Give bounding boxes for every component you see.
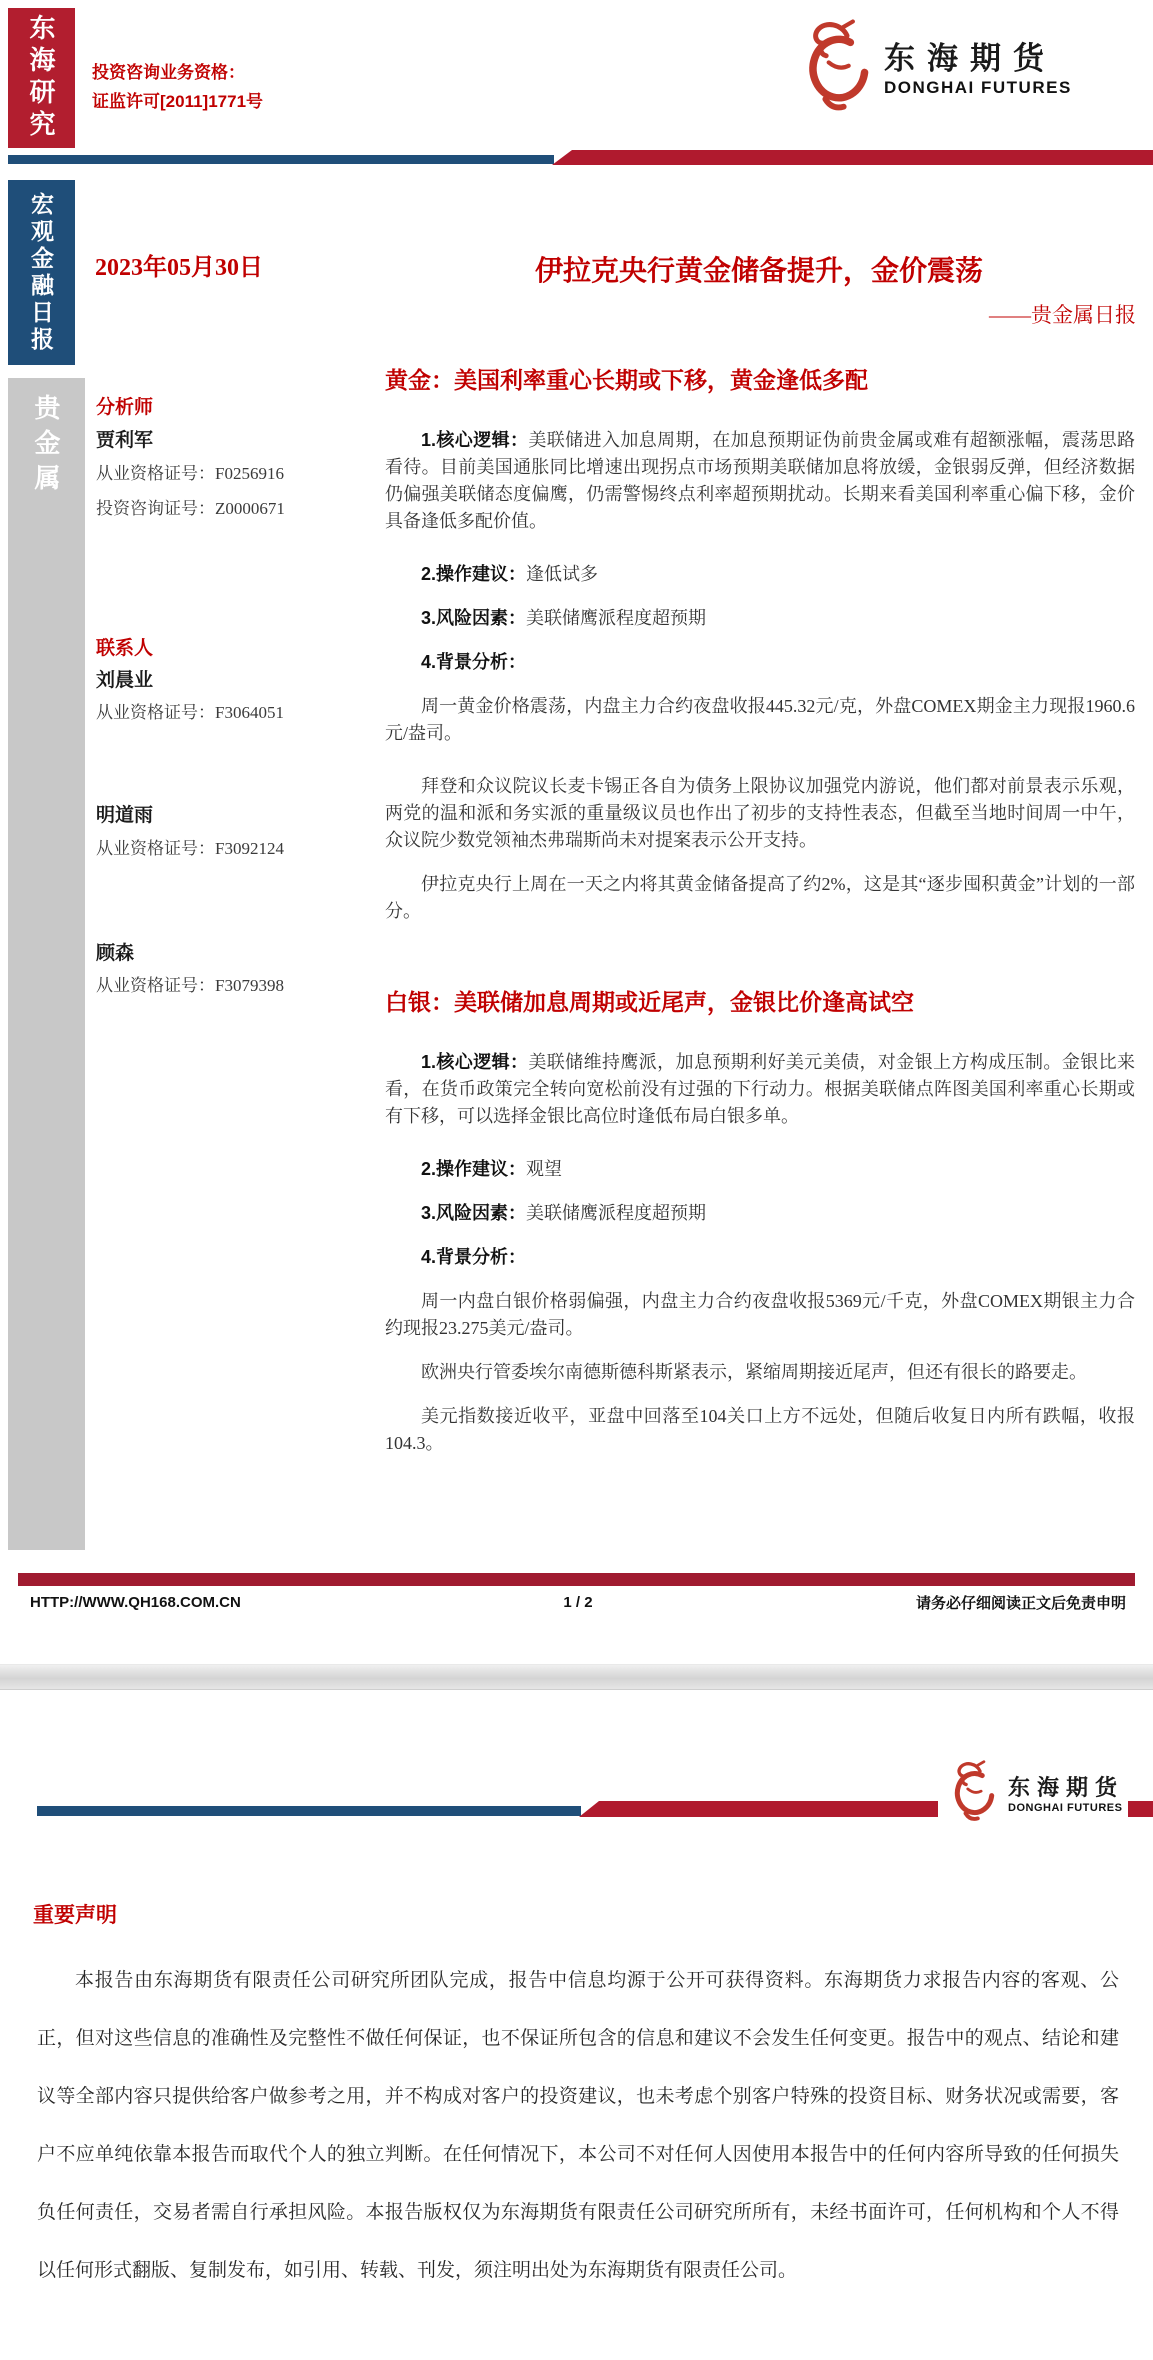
item-lead: 3.风险因素： (421, 608, 526, 628)
header-divider-blue (8, 155, 554, 164)
header-divider-red (552, 150, 1153, 165)
report-subtitle: ——贵金属日报 (380, 299, 1136, 329)
item-text: 美联储鹰派程度超预期 (526, 1203, 706, 1223)
silver-background-label: 4.背景分析： (385, 1244, 1135, 1271)
brand-box-donghai-research: 东海研究 (8, 8, 75, 148)
qualification-block: 投资咨询业务资格： 证监许可[2011]1771号 (92, 58, 263, 116)
logo-english-name: DONGHAI FUTURES (1008, 1802, 1124, 1814)
logo-text: 东海期货 DONGHAI FUTURES (884, 40, 1072, 97)
item-lead: 3.风险因素： (421, 1203, 526, 1223)
section-box-precious-metals: 贵金属 (8, 378, 85, 1550)
footer-disclaimer-notice: 请务必仔细阅读正文后免责申明 (916, 1592, 1126, 1613)
logo-chinese-name: 东海期货 (884, 40, 1072, 79)
silver-section-heading: 白银：美联储加息周期或近尾声，金银比价逢高试空 (385, 988, 1135, 1016)
contact-cert: 从业资格证号：F3092124 (96, 834, 284, 859)
logo-text: 东海期货 DONGHAI FUTURES (1008, 1774, 1124, 1814)
item-lead: 2.操作建议： (421, 1159, 526, 1179)
dragon-logo-icon (942, 1760, 998, 1829)
category-box-macro-finance-daily: 宏观金融日报 (8, 180, 75, 365)
gold-background-para: 拜登和众议院议长麦卡锡正各自为债务上限协议加强党内游说，他们都对前景表示乐观，两… (385, 773, 1135, 854)
qualification-line-1: 投资咨询业务资格： (92, 58, 263, 87)
footer-divider-bar (18, 1573, 1135, 1586)
contact-cert: 从业资格证号：F3079398 (96, 971, 284, 996)
footer-page-number: 1 / 2 (563, 1594, 592, 1611)
contact-name: 明道雨 (96, 800, 153, 827)
important-statement-heading: 重要声明 (33, 1899, 117, 1929)
contacts-label: 联系人 (96, 633, 153, 660)
page2-divider-blue (37, 1806, 581, 1816)
report-date: 2023年05月30日 (95, 247, 263, 282)
item-lead: 4.背景分析： (421, 1247, 526, 1267)
analyst-cert-1: 从业资格证号：F0256916 (96, 459, 284, 484)
gold-core-logic: 1.核心逻辑：美联储进入加息周期，在加息预期证伪前贵金属或难有超额涨幅，震荡思路… (385, 427, 1135, 535)
main-content: 黄金：美国利率重心长期或下移，黄金逢低多配 1.核心逻辑：美联储进入加息周期，在… (385, 366, 1135, 1457)
footer-website-url: HTTP://WWW.QH168.COM.CN (30, 1594, 241, 1611)
logo-english-name: DONGHAI FUTURES (884, 79, 1072, 98)
silver-advice: 2.操作建议：观望 (385, 1156, 1135, 1183)
footer: HTTP://WWW.QH168.COM.CN 1 / 2 请务必仔细阅读正文后… (30, 1592, 1126, 1613)
contact-name: 刘晨业 (96, 665, 153, 692)
report-page: 东海研究 投资咨询业务资格： 证监许可[2011]1771号 东海期货 DONG… (0, 0, 1153, 2360)
company-logo-small: 东海期货 DONGHAI FUTURES (938, 1758, 1128, 1834)
report-title: 伊拉克央行黄金储备提升，金价震荡 (380, 249, 1138, 289)
gold-section-heading: 黄金：美国利率重心长期或下移，黄金逢低多配 (385, 366, 1135, 394)
silver-background-para: 美元指数接近收平，亚盘中回落至104关口上方不远处，但随后收复日内所有跌幅，收报… (385, 1403, 1135, 1457)
silver-background-para: 欧洲央行管委埃尔南德斯德科斯紧表示，紧缩周期接近尾声，但还有很长的路要走。 (385, 1359, 1135, 1386)
page-separator (0, 1664, 1153, 1690)
qualification-line-2: 证监许可[2011]1771号 (92, 87, 263, 116)
gold-background-label: 4.背景分析： (385, 649, 1135, 676)
analyst-cert-2: 投资咨询证号：Z0000671 (96, 494, 285, 519)
item-lead: 2.操作建议： (421, 564, 526, 584)
logo-chinese-name: 东海期货 (1008, 1774, 1124, 1802)
dragon-logo-icon (790, 19, 874, 120)
item-lead: 1.核心逻辑： (421, 430, 528, 450)
company-logo: 东海期货 DONGHAI FUTURES (790, 20, 1072, 118)
contact-name: 顾森 (96, 938, 134, 965)
item-text: 逢低试多 (526, 564, 598, 584)
analyst-name: 贾利军 (96, 425, 153, 452)
contact-cert: 从业资格证号：F3064051 (96, 698, 284, 723)
item-lead: 4.背景分析： (421, 652, 526, 672)
gold-background-para: 周一黄金价格震荡，内盘主力合约夜盘收报445.32元/克，外盘COMEX期金主力… (385, 693, 1135, 747)
item-text: 观望 (526, 1159, 562, 1179)
silver-risk: 3.风险因素：美联储鹰派程度超预期 (385, 1200, 1135, 1227)
gold-background-para: 伊拉克央行上周在一天之内将其黄金储备提高了约2%，这是其“逐步囤积黄金”计划的一… (385, 871, 1135, 925)
item-text: 美联储鹰派程度超预期 (526, 608, 706, 628)
item-lead: 1.核心逻辑： (421, 1052, 528, 1072)
silver-background-para: 周一内盘白银价格弱偏强，内盘主力合约夜盘收报5369元/千克，外盘COMEX期银… (385, 1288, 1135, 1342)
analyst-label: 分析师 (96, 392, 153, 419)
silver-core-logic: 1.核心逻辑：美联储维持鹰派，加息预期利好美元美债，对金银上方构成压制。金银比来… (385, 1049, 1135, 1130)
gold-risk: 3.风险因素：美联储鹰派程度超预期 (385, 605, 1135, 632)
gold-advice: 2.操作建议：逢低试多 (385, 561, 1135, 588)
disclaimer-text: 本报告由东海期货有限责任公司研究所团队完成，报告中信息均源于公开可获得资料。东海… (37, 1952, 1119, 2300)
